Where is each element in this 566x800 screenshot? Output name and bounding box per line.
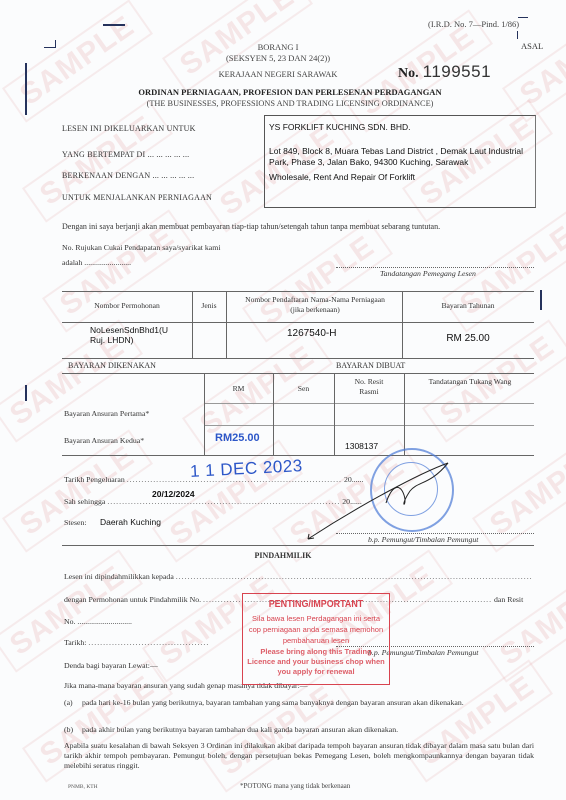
station-label: Stesen:	[64, 518, 87, 528]
registration-number: 1267540-H	[287, 328, 336, 339]
tax-reference-value: adalah ........................	[62, 258, 131, 268]
form-reference: (I.R.D. No. 7—Pind. 1/86)	[428, 19, 519, 29]
header-rm: RM	[204, 384, 273, 394]
registration-mark	[103, 24, 125, 26]
charged-heading: BAYARAN DIKENAKAN	[68, 361, 156, 370]
transfer-date: Tarikh: ................................…	[64, 638, 209, 648]
company-name: YS FORKLIFT KUCHING SDN. BHD.	[269, 122, 411, 132]
penalty-a-text: pada hari ke-16 bulan yang berikutnya, b…	[82, 698, 534, 708]
second-installment-receipt: 1308137	[345, 441, 378, 451]
header-receipt: No. Resit Rasmi	[345, 377, 393, 397]
important-malay: Sila bawa lesen Perdagangan ini serta co…	[247, 613, 385, 646]
annual-fee: RM 25.00	[402, 333, 534, 344]
transfer-line-1: Lesen ini dipindahmilikkan kepada ......…	[64, 572, 533, 582]
penalty-b-marker: (b)	[64, 725, 73, 735]
business-address: Lot 849, Block 8, Muara Tebas Land Distr…	[269, 146, 544, 168]
paid-heading: BAYARAN DIBUAT	[336, 361, 405, 370]
registration-mark	[540, 290, 542, 310]
important-title: PENTING/IMPORTANT	[254, 598, 378, 610]
penalty-compound: Apabila suatu kesalahan di bawah Seksyen…	[64, 741, 534, 771]
penalty-b-text: pada akhir bulan yang berikutnya bayaran…	[82, 725, 534, 735]
tax-reference-label: No. Rujukan Cukai Pendapatan saya/syarik…	[62, 243, 221, 253]
registration-mark	[518, 17, 528, 18]
registration-mark	[517, 31, 518, 39]
header-registration-no: Nombor Pendaftaran Nama-Nama Perniagaan …	[242, 295, 388, 315]
header-annual-fee: Bayaran Tahunan	[402, 301, 534, 311]
penalty-a-marker: (a)	[64, 698, 73, 708]
business-activity: Wholesale, Rent And Repair Of Forklift	[269, 172, 415, 182]
printer-code: PNMB, KTH	[68, 784, 98, 790]
header-type: Jenis	[192, 301, 226, 311]
first-installment-label: Bayaran Ansuran Pertama*	[64, 409, 149, 419]
second-installment-label: Bayaran Ansuran Kedua*	[64, 436, 144, 446]
second-installment-amount: RM25.00	[215, 432, 260, 444]
important-english: Please bring along this Trading Licence …	[247, 647, 385, 677]
transfer-heading: PINDAHMILIK	[0, 551, 566, 560]
licensee-signature-caption: Tandatangan Pemegang Lesen	[380, 269, 476, 279]
licence-details-box: YS FORKLIFT KUCHING SDN. BHD. Lot 849, B…	[264, 115, 536, 208]
header-cashier-signature: Tandatangan Tukang Wang	[420, 377, 520, 387]
label-regarding: BERKENAAN DENGAN ... ... ... ... ...	[62, 171, 194, 180]
number-value: 1199551	[423, 62, 491, 81]
licence-document: (I.R.D. No. 7—Pind. 1/86) ASAL BORANG I …	[0, 0, 566, 800]
footer-note: *POTONG mana yang tidak berkenaan	[240, 782, 350, 790]
label-located-at: YANG BERTEMPAT DI ... ... ... ... ...	[62, 150, 189, 159]
declaration-promise: Dengan ini saya berjanji akan membuat pe…	[62, 222, 440, 232]
important-stamp: PENTING/IMPORTANT Sila bawa lesen Perdag…	[242, 593, 390, 685]
label-business: UNTUK MENJALANKAN PERNIAGAAN	[62, 193, 212, 202]
ordinance-title: ORDINAN PERNIAGAAN, PROFESION DAN PERLES…	[0, 87, 566, 97]
application-number: NoLesenSdnBhd1(U Ruj. LHDN)	[90, 325, 185, 345]
station-value: Daerah Kuching	[100, 517, 161, 527]
header-sen: Sen	[273, 384, 334, 394]
collector-signature	[300, 455, 460, 545]
licensee-signature-line	[336, 267, 534, 268]
licence-number: No. 1199551	[398, 62, 491, 82]
registration-mark	[25, 385, 27, 401]
transfer-line-3: No. ............................	[64, 617, 132, 627]
section-divider	[62, 545, 534, 546]
penalty-heading: Denda bagi bayaran Lewat:—	[64, 661, 158, 671]
number-prefix: No.	[398, 66, 419, 81]
ordinance-subtitle: (THE BUSINESSES, PROFESSIONS AND TRADING…	[0, 99, 566, 108]
valid-until-date: 20/12/2024	[152, 489, 195, 499]
header-application-no: Nombor Permohonan	[62, 301, 192, 311]
form-name: BORANG I	[0, 42, 566, 52]
label-issued-to: LESEN INI DIKELUARKAN UNTUK	[62, 124, 196, 133]
